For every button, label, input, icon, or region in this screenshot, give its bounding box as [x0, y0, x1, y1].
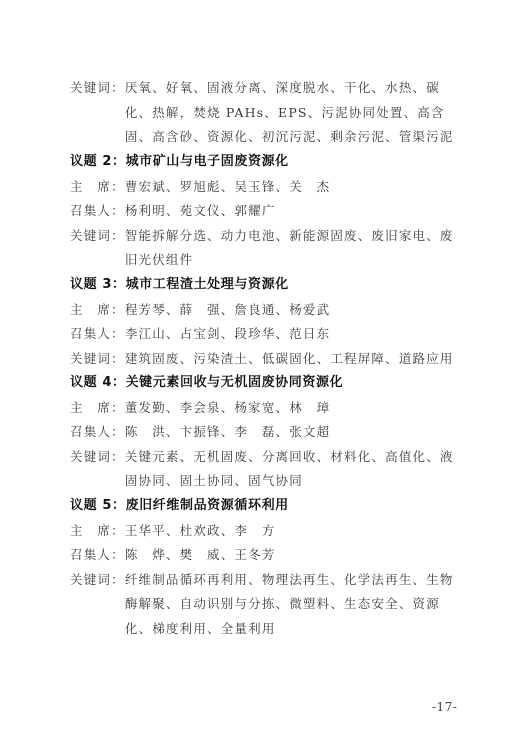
keywords-row: 关键词： 智能拆解分选、动力电池、新能源固废、废旧家电、废旧光伏组件: [70, 224, 460, 273]
chair-value: 董发勤、李会泉、杨家宽、林 璋: [125, 396, 460, 421]
keywords-label: 关键词：: [70, 568, 125, 642]
convener-value: 陈 烨、樊 威、王冬芳: [125, 543, 460, 568]
document-page: 关键词： 厌氧、好氧、固液分离、深度脱水、干化、水热、碳化、热解，焚烧 PAHs…: [0, 0, 519, 735]
convener-label: 召集人：: [70, 543, 125, 568]
keywords-value: 智能拆解分选、动力电池、新能源固废、废旧家电、废旧光伏组件: [125, 224, 460, 273]
topic-title: 议题 4：关键元素回收与无机固废协同资源化: [70, 371, 460, 396]
convener-row: 召集人： 杨利明、苑文仪、郭耀广: [70, 199, 460, 224]
intro-keywords-block: 关键词： 厌氧、好氧、固液分离、深度脱水、干化、水热、碳化、热解，焚烧 PAHs…: [70, 76, 460, 150]
topic-5: 议题 5：废旧纤维制品资源循环利用 主 席： 王华平、杜欢政、李 方 召集人： …: [70, 494, 460, 641]
chair-value: 程芳琴、薛 强、詹良通、杨爱武: [125, 298, 460, 323]
keywords-label: 关键词：: [70, 445, 125, 494]
chair-row: 主 席： 程芳琴、薛 强、詹良通、杨爱武: [70, 298, 460, 323]
chair-label: 主 席：: [70, 519, 125, 544]
convener-row: 召集人： 李江山、占宝剑、段珍华、范日东: [70, 322, 460, 347]
keywords-row: 关键词： 厌氧、好氧、固液分离、深度脱水、干化、水热、碳化、热解，焚烧 PAHs…: [70, 76, 460, 150]
topic-title: 议题 3：城市工程渣土处理与资源化: [70, 273, 460, 298]
topic-3: 议题 3：城市工程渣土处理与资源化 主 席： 程芳琴、薛 强、詹良通、杨爱武 召…: [70, 273, 460, 371]
convener-value: 李江山、占宝剑、段珍华、范日东: [125, 322, 460, 347]
chair-value: 曹宏斌、罗旭彪、吴玉锋、关 杰: [125, 175, 460, 200]
keywords-label: 关键词：: [70, 224, 125, 273]
topic-title: 议题 5：废旧纤维制品资源循环利用: [70, 494, 460, 519]
convener-label: 召集人：: [70, 420, 125, 445]
topic-title: 议题 2：城市矿山与电子固废资源化: [70, 150, 460, 175]
convener-value: 杨利明、苑文仪、郭耀广: [125, 199, 460, 224]
topic-2: 议题 2：城市矿山与电子固废资源化 主 席： 曹宏斌、罗旭彪、吴玉锋、关 杰 召…: [70, 150, 460, 273]
keywords-value: 厌氧、好氧、固液分离、深度脱水、干化、水热、碳化、热解，焚烧 PAHs、EPS、…: [125, 76, 460, 150]
chair-row: 主 席： 王华平、杜欢政、李 方: [70, 519, 460, 544]
convener-value: 陈 洪、卞振锋、李 磊、张文超: [125, 420, 460, 445]
chair-label: 主 席：: [70, 298, 125, 323]
topic-4: 议题 4：关键元素回收与无机固废协同资源化 主 席： 董发勤、李会泉、杨家宽、林…: [70, 371, 460, 494]
convener-row: 召集人： 陈 烨、樊 威、王冬芳: [70, 543, 460, 568]
chair-row: 主 席： 董发勤、李会泉、杨家宽、林 璋: [70, 396, 460, 421]
keywords-label: 关键词：: [70, 347, 125, 372]
keywords-row: 关键词： 关键元素、无机固废、分离回收、材料化、高值化、液固协同、固土协同、固气…: [70, 445, 460, 494]
chair-value: 王华平、杜欢政、李 方: [125, 519, 460, 544]
page-number: -17-: [432, 700, 457, 714]
chair-row: 主 席： 曹宏斌、罗旭彪、吴玉锋、关 杰: [70, 175, 460, 200]
keywords-value: 建筑固废、污染渣土、低碳固化、工程屏障、道路应用: [125, 347, 460, 372]
keywords-label: 关键词：: [70, 76, 125, 150]
chair-label: 主 席：: [70, 396, 125, 421]
chair-label: 主 席：: [70, 175, 125, 200]
keywords-row: 关键词： 建筑固废、污染渣土、低碳固化、工程屏障、道路应用: [70, 347, 460, 372]
convener-row: 召集人： 陈 洪、卞振锋、李 磊、张文超: [70, 420, 460, 445]
keywords-value: 关键元素、无机固废、分离回收、材料化、高值化、液固协同、固土协同、固气协同: [125, 445, 460, 494]
keywords-row: 关键词： 纤维制品循环再利用、物理法再生、化学法再生、生物酶解聚、自动识别与分拣…: [70, 568, 460, 642]
convener-label: 召集人：: [70, 322, 125, 347]
convener-label: 召集人：: [70, 199, 125, 224]
keywords-value: 纤维制品循环再利用、物理法再生、化学法再生、生物酶解聚、自动识别与分拣、微塑料、…: [125, 568, 460, 642]
